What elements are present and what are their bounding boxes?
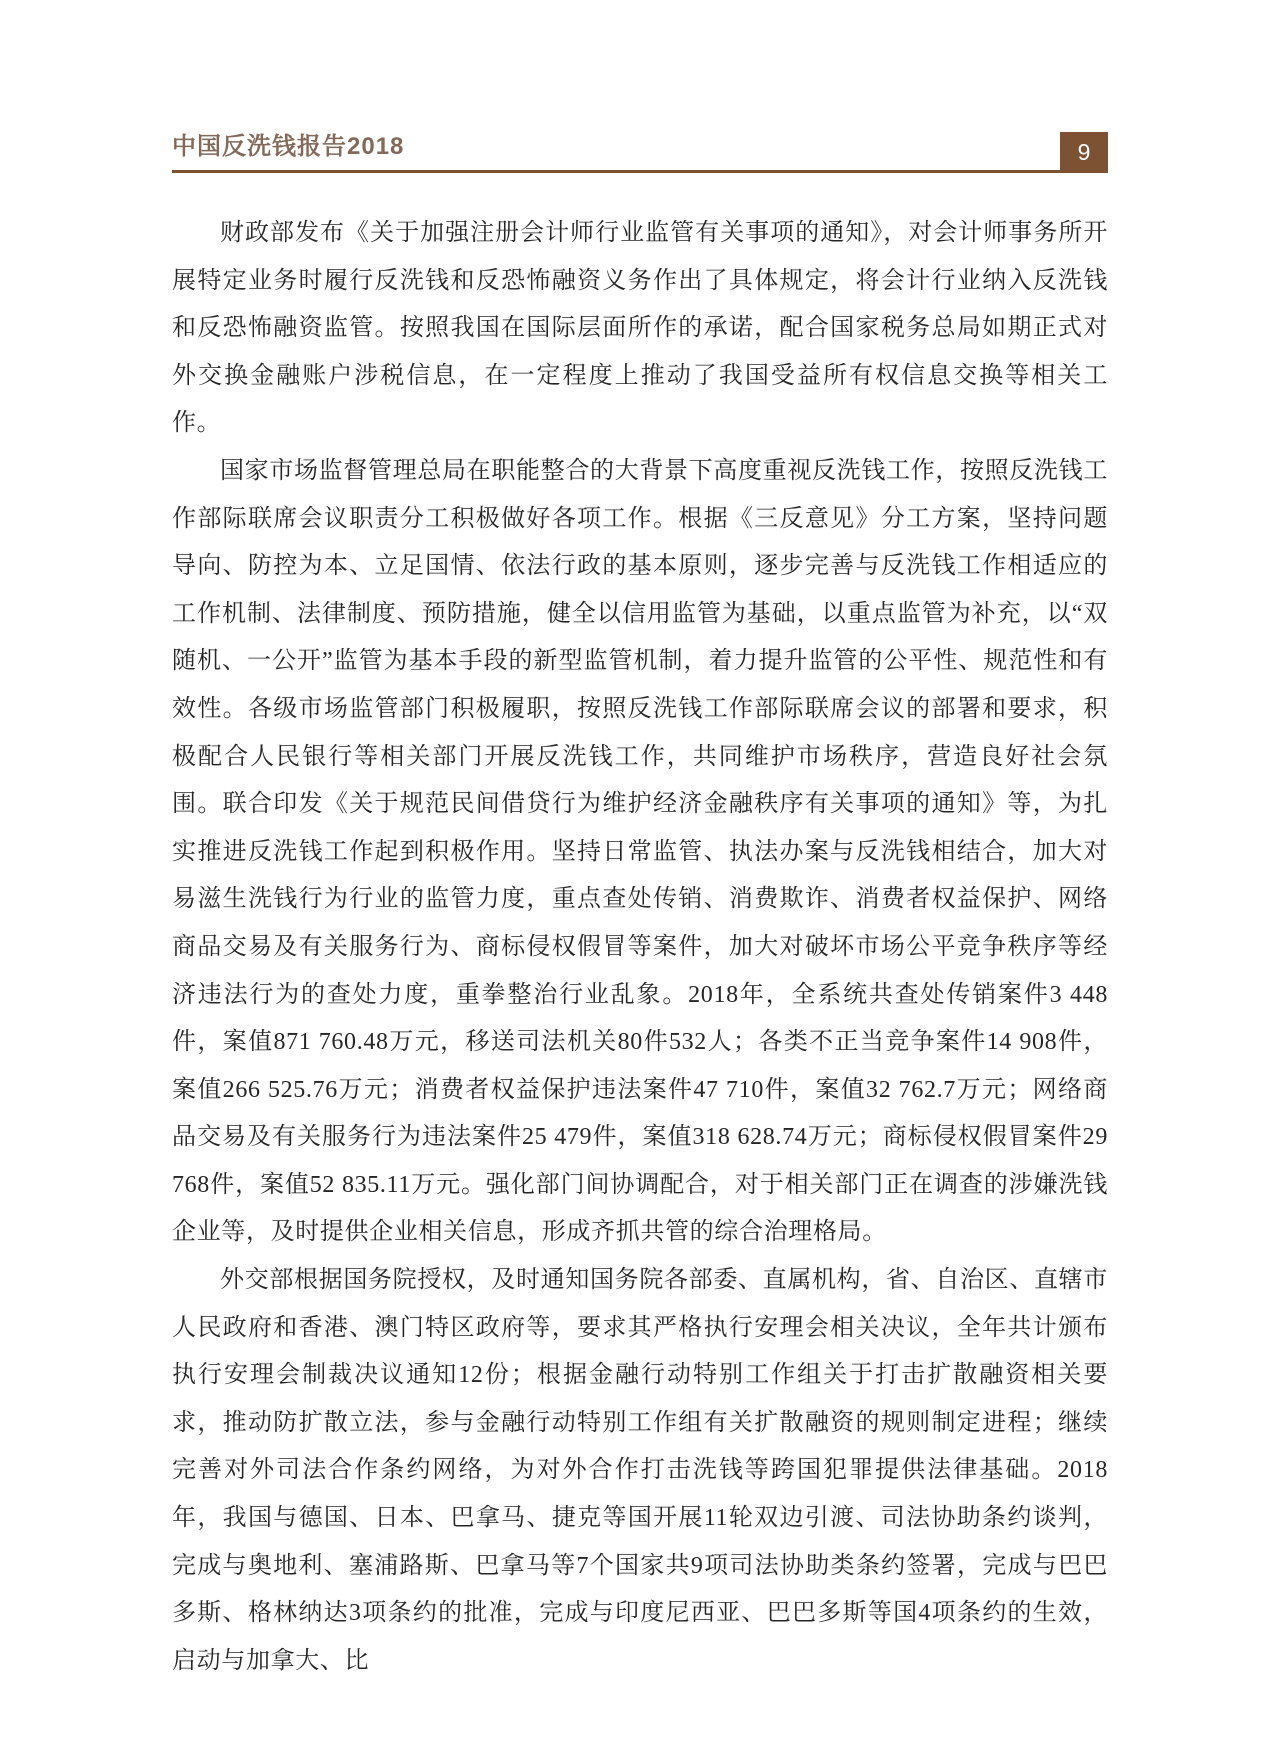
page-number-badge: 9: [1060, 132, 1108, 173]
paragraph-market-regulation: 国家市场监督管理总局在职能整合的大背景下高度重视反洗钱工作，按照反洗钱工作部际联…: [172, 448, 1108, 1257]
body-text: 财政部发布《关于加强注册会计师行业监管有关事项的通知》，对会计师事务所开展特定业…: [172, 210, 1108, 1685]
report-header-title: 中国反洗钱报告2018: [172, 126, 404, 161]
header-rule: [172, 170, 1108, 173]
report-page: 中国反洗钱报告2018 9 财政部发布《关于加强注册会计师行业监管有关事项的通知…: [0, 0, 1280, 1737]
paragraph-finance-ministry: 财政部发布《关于加强注册会计师行业监管有关事项的通知》，对会计师事务所开展特定业…: [172, 210, 1108, 448]
paragraph-foreign-ministry: 外交部根据国务院授权，及时通知国务院各部委、直属机构，省、自治区、直辖市人民政府…: [172, 1257, 1108, 1685]
